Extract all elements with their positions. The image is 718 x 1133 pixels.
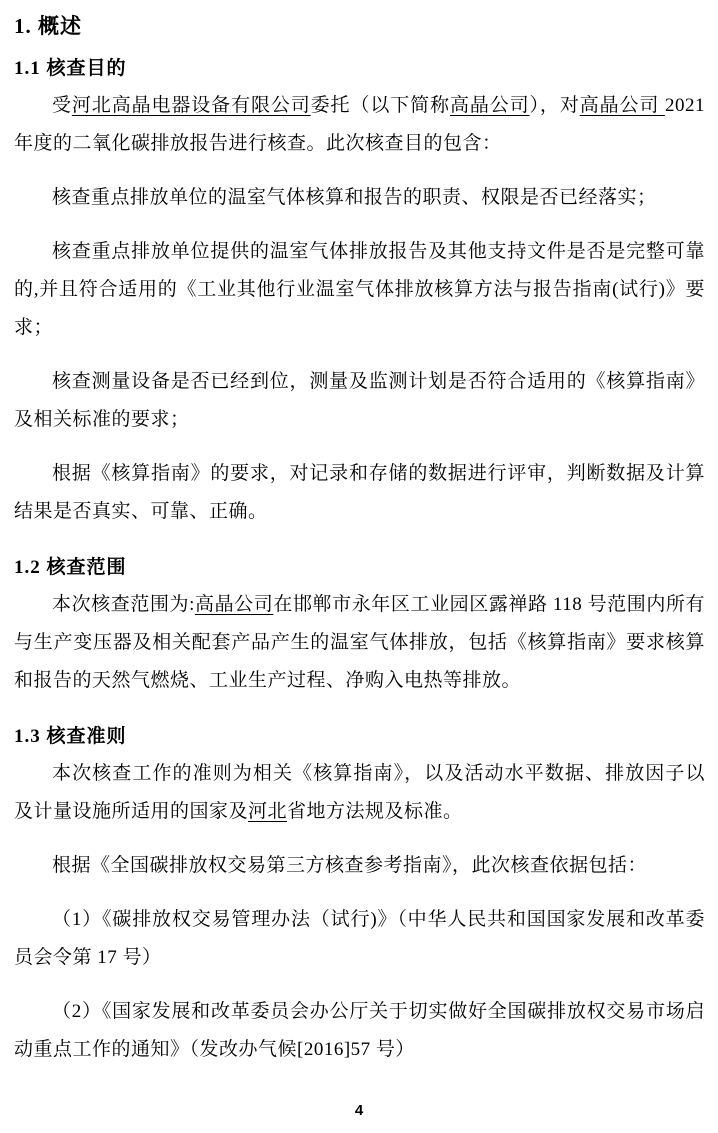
paragraph: 根据《全国碳排放权交易第三方核查参考指南》，此次核查依据包括： xyxy=(14,847,705,885)
section-paragraphs: 本次核查范围为:高晶公司在邯郸市永年区工业园区露禅路 118 号范围内所有与生产… xyxy=(14,586,705,700)
underlined-text: 高晶公司 xyxy=(580,95,665,116)
paragraph: 核查测量设备是否已经到位，测量及监测计划是否符合适用的《核算指南》及相关标准的要… xyxy=(14,363,705,439)
underlined-text: 高晶公司 xyxy=(195,594,273,615)
text-segment: ），对 xyxy=(530,95,580,116)
text-segment: 省地方法规及标准。 xyxy=(287,801,463,822)
section-paragraphs: 本次核查工作的准则为相关《核算指南》，以及活动水平数据、排放因子以及计量设施所适… xyxy=(14,755,705,1069)
paragraph: （2）《国家发展和改革委员会办公厅关于切实做好全国碳排放权交易市场启动重点工作的… xyxy=(14,993,705,1069)
text-segment: 核查重点排放单位的温室气体核算和报告的职责、权限是否已经落实； xyxy=(52,187,657,208)
text-segment: （1）《碳排放权交易管理办法（试行)》（中华人民共和国国家发展和改革委员会令第 … xyxy=(14,909,705,968)
paragraph: 受河北高晶电器设备有限公司委托（以下简称高晶公司），对高晶公司 2021 年度的… xyxy=(14,87,705,163)
text-segment: 核查重点排放单位提供的温室气体排放报告及其他支持文件是否是完整可靠的,并且符合适… xyxy=(14,241,705,338)
text-segment: （2）《国家发展和改革委员会办公厅关于切实做好全国碳排放权交易市场启动重点工作的… xyxy=(14,1001,705,1060)
document-page: 1. 概述 1.1 核查目的 受河北高晶电器设备有限公司委托（以下简称高晶公司）… xyxy=(0,0,718,1133)
underlined-text: 高晶公司 xyxy=(450,95,530,116)
text-segment: 受 xyxy=(52,95,72,116)
document-section: 1.3 核查准则 本次核查工作的准则为相关《核算指南》，以及活动水平数据、排放因… xyxy=(14,725,705,1069)
paragraph: 核查重点排放单位提供的温室气体排放报告及其他支持文件是否是完整可靠的,并且符合适… xyxy=(14,233,705,347)
paragraph: 核查重点排放单位的温室气体核算和报告的职责、权限是否已经落实； xyxy=(14,179,705,217)
section-heading: 1.1 核查目的 xyxy=(14,57,705,81)
paragraph: 本次核查范围为:高晶公司在邯郸市永年区工业园区露禅路 118 号范围内所有与生产… xyxy=(14,586,705,700)
section-heading: 1.2 核查范围 xyxy=(14,556,705,580)
section-paragraphs: 受河北高晶电器设备有限公司委托（以下简称高晶公司），对高晶公司 2021 年度的… xyxy=(14,87,705,531)
paragraph: 根据《核算指南》的要求，对记录和存储的数据进行评审，判断数据及计算结果是否真实、… xyxy=(14,455,705,531)
text-segment: 核查测量设备是否已经到位，测量及监测计划是否符合适用的《核算指南》及相关标准的要… xyxy=(14,371,705,430)
document-section: 1.2 核查范围 本次核查范围为:高晶公司在邯郸市永年区工业园区露禅路 118 … xyxy=(14,556,705,700)
document-section: 1.1 核查目的 受河北高晶电器设备有限公司委托（以下简称高晶公司），对高晶公司… xyxy=(14,57,705,531)
paragraph: （1）《碳排放权交易管理办法（试行)》（中华人民共和国国家发展和改革委员会令第 … xyxy=(14,901,705,977)
text-segment: 根据《核算指南》的要求，对记录和存储的数据进行评审，判断数据及计算结果是否真实、… xyxy=(14,463,705,522)
underlined-text: 河北高晶电器设备有限公司 xyxy=(72,95,311,116)
page-title: 1. 概述 xyxy=(14,12,705,40)
page-number: 4 xyxy=(0,1102,718,1119)
section-heading: 1.3 核查准则 xyxy=(14,725,705,749)
document-body: 1.1 核查目的 受河北高晶电器设备有限公司委托（以下简称高晶公司），对高晶公司… xyxy=(14,57,705,1069)
underlined-text: 河北 xyxy=(248,801,287,822)
text-segment: 根据《全国碳排放权交易第三方核查参考指南》，此次核查依据包括： xyxy=(52,855,647,876)
paragraph: 本次核查工作的准则为相关《核算指南》，以及活动水平数据、排放因子以及计量设施所适… xyxy=(14,755,705,831)
text-segment: 委托（以下简称 xyxy=(311,95,450,116)
text-segment: 本次核查范围为: xyxy=(52,594,195,615)
